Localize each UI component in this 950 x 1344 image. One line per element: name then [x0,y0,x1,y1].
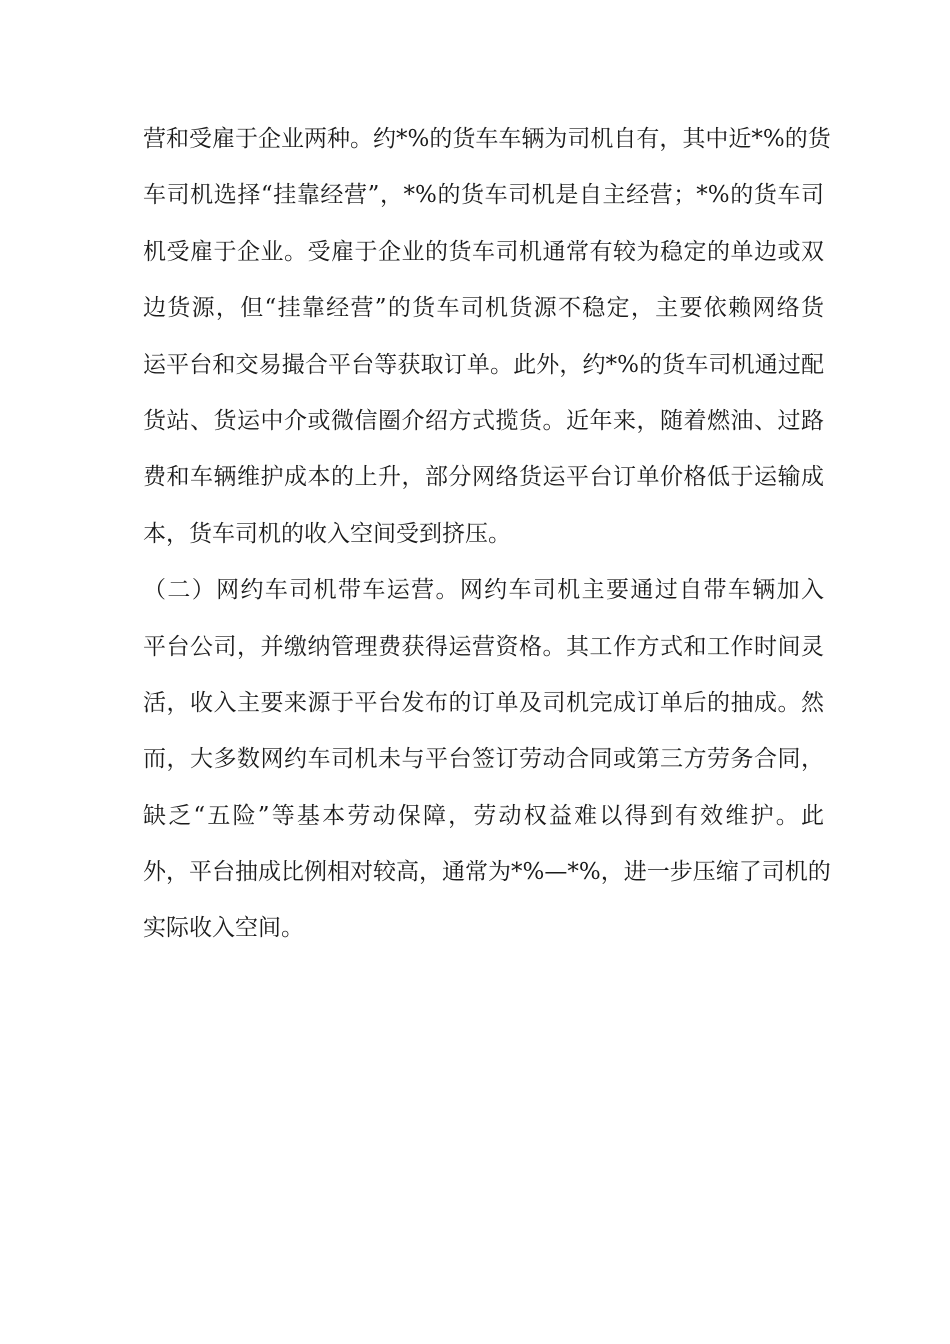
text-line: 平台公司，并缴纳管理费获得运营资格。其工作方式和工作时间灵 [143,629,824,685]
text-line: 费和车辆维护成本的上升，部分网络货运平台订单价格低于运输成 [143,459,824,515]
section-heading-line: （二）网约车司机带车运营。网约车司机主要通过自带车辆加入 [143,572,824,628]
text-line: 车司机选择“挂靠经营”，*%的货车司机是自主经营；*%的货车司 [143,177,824,233]
text-line: 而，大多数网约车司机未与平台签订劳动合同或第三方劳务合同， [143,741,824,797]
text-line: 运平台和交易撮合平台等获取订单。此外，约*%的货车司机通过配 [143,347,824,403]
text-line: 机受雇于企业。受雇于企业的货车司机通常有较为稳定的单边或双 [143,234,824,290]
text-line: 实际收入空间。 [143,910,824,966]
paragraph-ride-hailing-drivers: （二）网约车司机带车运营。网约车司机主要通过自带车辆加入 平台公司，并缴纳管理费… [143,572,824,967]
text-line: 缺乏“五险”等基本劳动保障，劳动权益难以得到有效维护。此 [143,798,824,854]
text-line: 本，货车司机的收入空间受到挤压。 [143,516,824,572]
paragraph-truck-drivers: 营和受雇于企业两种。约*%的货车车辆为司机自有，其中近*%的货 车司机选择“挂靠… [143,121,824,572]
text-line: 活，收入主要来源于平台发布的订单及司机完成订单后的抽成。然 [143,685,824,741]
text-line: 货站、货运中介或微信圈介绍方式揽货。近年来，随着燃油、过路 [143,403,824,459]
text-line: 营和受雇于企业两种。约*%的货车车辆为司机自有，其中近*%的货 [143,121,824,177]
document-page: 营和受雇于企业两种。约*%的货车车辆为司机自有，其中近*%的货 车司机选择“挂靠… [143,121,824,967]
text-line: 边货源，但“挂靠经营”的货车司机货源不稳定，主要依赖网络货 [143,290,824,346]
text-line: 外，平台抽成比例相对较高，通常为*%—*%，进一步压缩了司机的 [143,854,824,910]
